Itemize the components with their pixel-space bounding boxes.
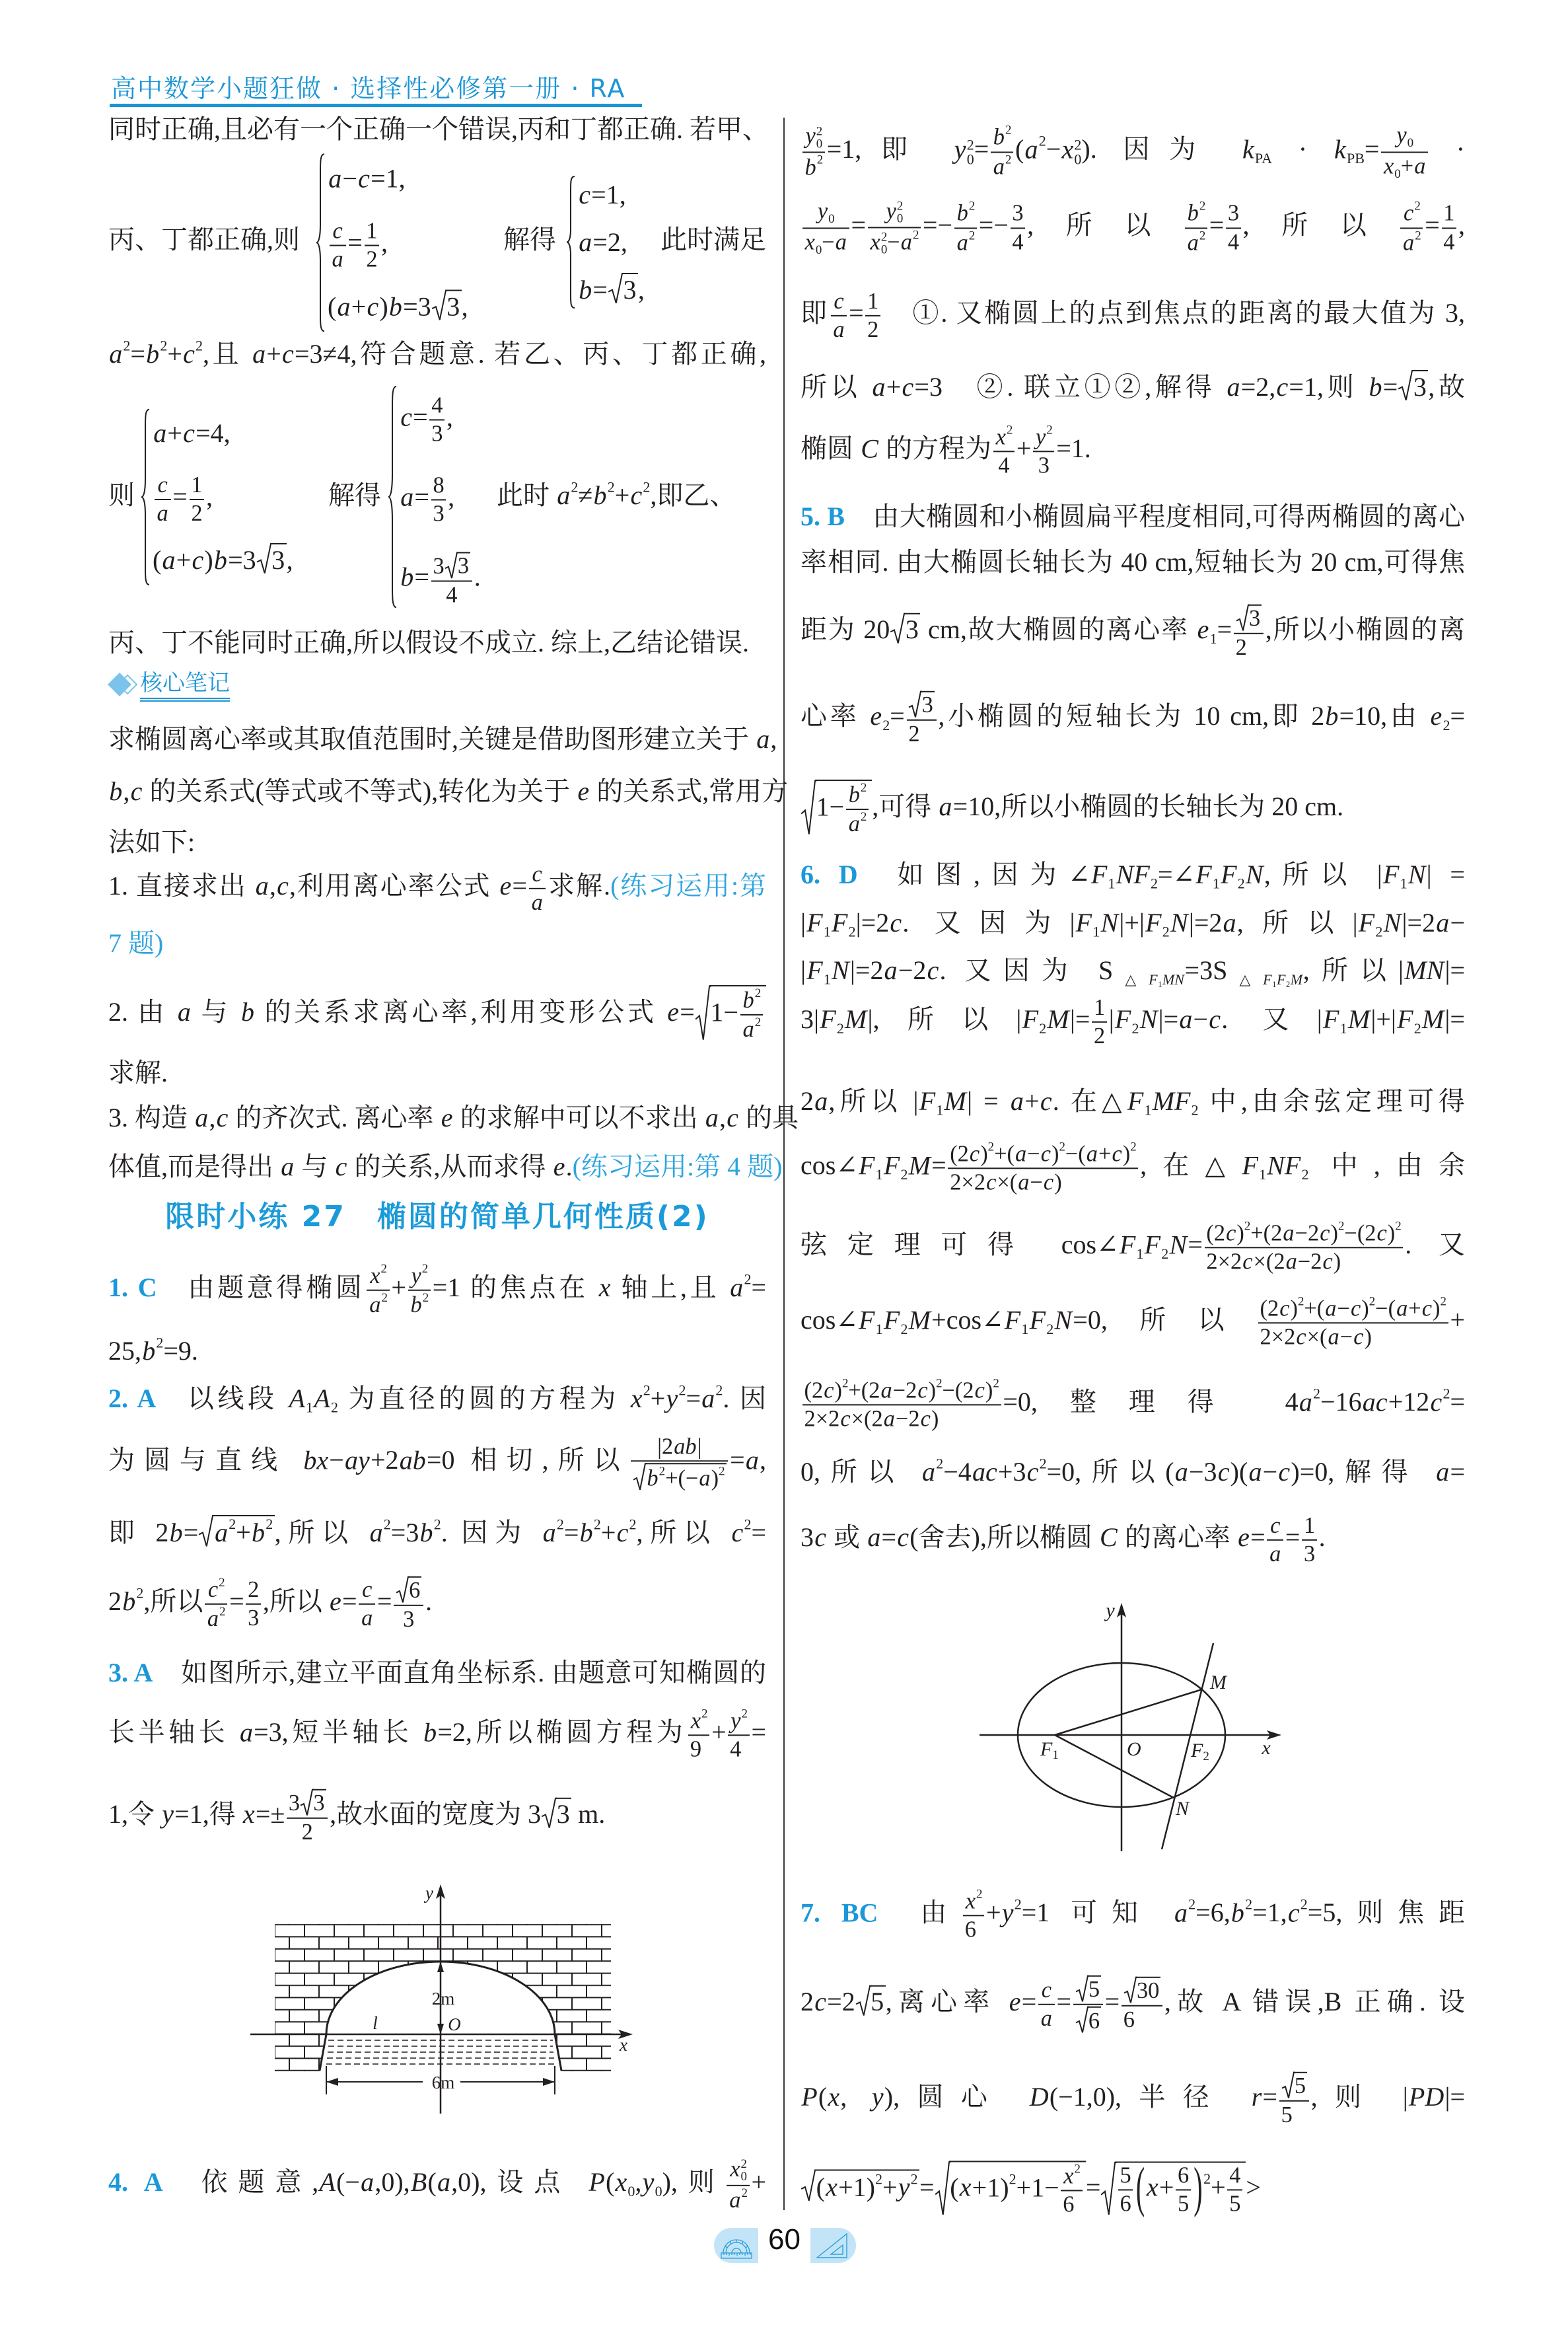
- text-run: 此时: [497, 480, 556, 510]
- math-variable: c: [357, 164, 371, 194]
- text-run: ·: [1430, 134, 1465, 164]
- core-notes-title: 核心笔记: [140, 670, 230, 702]
- denominator: a2: [727, 2185, 749, 2213]
- math-variable: F: [1127, 1086, 1145, 1116]
- text-run: =3S: [1185, 955, 1228, 985]
- text-run: ): [1331, 1220, 1338, 1245]
- math-variable: B: [410, 2167, 428, 2197]
- answer-line: 3c 或 a=c(舍去),所以椭圆 C 的离心率 e=ca=13.: [801, 1514, 1465, 1567]
- math-variable: a: [400, 482, 414, 512]
- subscript: 2: [837, 1020, 844, 1037]
- text-run: 弦定理可得 cos∠: [801, 1230, 1119, 1259]
- subscript: 2: [849, 924, 856, 940]
- radical-sign-icon: [1236, 605, 1249, 632]
- math-variable: c: [157, 472, 168, 498]
- text-run: =: [1057, 1987, 1072, 2016]
- numerator: 30: [1122, 1977, 1162, 2005]
- subscript: PA: [1255, 150, 1272, 166]
- text-run: 3: [446, 292, 460, 322]
- math-variable: x: [825, 2172, 838, 2202]
- answer-line: 2c=25,离心率 e=ca=56=306,故 A 错误,B 正确. 设: [801, 1975, 1465, 2034]
- fraction: 12: [865, 289, 880, 342]
- subscript: 2: [1375, 924, 1382, 940]
- answer-label: 6. D: [801, 860, 858, 889]
- math-variable: c: [926, 955, 939, 985]
- math-variable: ac: [972, 1457, 998, 1487]
- text-line: 此时 a2≠b2+c2,即乙、: [497, 477, 736, 514]
- square-root: 3: [300, 1789, 326, 1816]
- denominator: 2: [190, 499, 205, 526]
- curly-brace-icon: [388, 384, 397, 609]
- superscript: 2: [1046, 423, 1052, 437]
- math-variable: a: [556, 480, 571, 510]
- text-line: 则: [108, 477, 135, 514]
- denominator: a2: [205, 1604, 227, 1631]
- math-variable: y: [161, 1799, 174, 1829]
- text-run: ): [711, 1465, 719, 1491]
- subscript: 1: [1136, 1245, 1143, 1262]
- math-variable: a: [1328, 1325, 1340, 1350]
- square-root: 3: [1398, 370, 1428, 402]
- fraction: ca: [1038, 1978, 1055, 2031]
- math-variable: y: [817, 198, 828, 223]
- text-run: ): [1361, 1296, 1369, 1321]
- radicand: 6: [1087, 2007, 1101, 2034]
- math-variable: x: [870, 230, 881, 255]
- text-run: ): [1365, 1325, 1372, 1350]
- text-run: =1,即: [827, 134, 954, 164]
- text-run: 长半轴长: [108, 1717, 239, 1747]
- math-variable: c: [532, 862, 543, 887]
- math-variable: c: [731, 1518, 744, 1547]
- math-variable: c: [215, 1103, 229, 1132]
- math-variable: F: [1220, 860, 1238, 889]
- fraction: |2ab|b2+(−a)2: [631, 1434, 728, 1491]
- practice-reference-note: (练习运用:第 4 题): [573, 1152, 783, 1181]
- radicand: (x+1)2+y2: [815, 2170, 919, 2202]
- text-run: =: [1250, 1522, 1265, 1552]
- big-parenthesis: (: [1136, 2157, 1145, 2218]
- sub-superscript: 20: [897, 201, 903, 226]
- text-run: −: [329, 1445, 344, 1475]
- text-run: 2×2: [1206, 1249, 1242, 1274]
- text-run: 的方程为: [879, 433, 991, 463]
- math-variable: b: [213, 545, 228, 575]
- math-variable: F: [1028, 1305, 1046, 1335]
- math-variable: a: [701, 1384, 715, 1413]
- text-run: =0 相切,所以: [427, 1445, 629, 1475]
- answer-line: y0x0−a=y20x20−a2=−b2a2=−34,所以b2a2=34,所以c…: [801, 199, 1465, 256]
- fraction: c2a2: [205, 1577, 227, 1631]
- superscript: 2: [1369, 1294, 1375, 1308]
- numerator: 1: [1302, 1514, 1317, 1539]
- text-run: +(2: [848, 1378, 880, 1403]
- text-run: +: [1211, 2172, 1226, 2202]
- numerator: 3: [1226, 202, 1241, 227]
- text-run: 2: [1236, 635, 1247, 660]
- text-run: 2: [366, 246, 377, 272]
- math-variable: c: [1275, 372, 1289, 402]
- radical-sign-icon: [633, 1463, 646, 1491]
- answer-line: 1,令 y=1,得 x=±332,故水面的宽度为 33 m.: [108, 1789, 766, 1845]
- text-run: 3: [1413, 372, 1427, 402]
- math-variable: e: [329, 1586, 342, 1616]
- sub-superscript: 20: [741, 2159, 747, 2184]
- text-run: +: [651, 1384, 666, 1413]
- radical-sign-icon: [908, 691, 921, 718]
- math-variable: F: [1358, 908, 1376, 938]
- math-variable: a: [207, 1606, 219, 1631]
- text-run: =: [1217, 614, 1232, 644]
- answer-line: 即 2b=a2+b2,所以 a2=3b2. 因为 a2=b2+c2,所以 c2=: [108, 1514, 766, 1551]
- text-run: 4: [1228, 229, 1239, 254]
- numerator: 5: [1118, 2164, 1133, 2190]
- math-variable: c: [1319, 1220, 1330, 1245]
- text-run: ): [1051, 1141, 1059, 1166]
- text-run: 3: [458, 554, 469, 579]
- text-run: ,: [840, 2082, 871, 2112]
- diamond-bullet-icon: [106, 671, 139, 698]
- text-run: 或: [827, 1522, 867, 1552]
- answer-line: 0,所以 a2−4ac+3c2=0,所以(a−3c)(a−c)=0,解得 a=: [801, 1454, 1465, 1491]
- math-variable: a: [1024, 134, 1038, 164]
- math-variable: c: [281, 339, 295, 369]
- text-run: +(: [994, 1141, 1015, 1166]
- math-variable: y: [898, 2172, 911, 2202]
- numerator: x2: [963, 1888, 984, 1915]
- numerator: (2c)2+(a−c)2−(a+c)2: [1258, 1296, 1448, 1322]
- subscript: 2: [1414, 1020, 1421, 1037]
- superscript: 2: [1443, 1385, 1450, 1401]
- y-axis-arrow-icon: [436, 1884, 445, 1899]
- text-run: |=: [1444, 2082, 1465, 2112]
- math-variable: c: [334, 1152, 347, 1181]
- text-run: (舍去),所以椭圆: [909, 1522, 1099, 1552]
- text-run: −2: [1295, 1220, 1320, 1245]
- math-variable: c: [889, 908, 902, 938]
- math-variable: a: [1402, 230, 1415, 255]
- subscript: 2: [1046, 1321, 1053, 1337]
- text-run: =0,所以: [1073, 1305, 1256, 1335]
- segment-f1-m: [1055, 1689, 1202, 1735]
- math-variable: c: [629, 480, 643, 510]
- radicand: 3: [904, 613, 920, 645]
- subscript: 0: [1408, 136, 1413, 150]
- text-run: =1,: [371, 164, 406, 194]
- note-line: 体值,而是得出 a 与 c 的关系,从而求得 e.(练习运用:第 4 题): [108, 1148, 766, 1185]
- fraction: 332: [287, 1789, 328, 1845]
- text-run: 则: [108, 480, 135, 510]
- text-run: ×(2: [851, 1407, 883, 1432]
- radicand: 3: [622, 273, 638, 305]
- height-arrow-up-icon: [437, 1962, 444, 1972]
- equation-system: a−c=1,ca=12,(a+c)b=33,: [316, 147, 468, 339]
- text-run: m.: [571, 1799, 605, 1829]
- numerator: c: [359, 1578, 374, 1604]
- math-variable: M: [908, 1150, 931, 1180]
- fraction: 32: [907, 691, 937, 747]
- text-run: =: [680, 997, 695, 1027]
- math-variable: a: [832, 317, 845, 342]
- math-variable: a: [814, 1086, 828, 1116]
- equation-system-block: a+c=4,ca=12,(a+c)b=33,: [141, 402, 293, 592]
- fraction: b2a2: [740, 988, 763, 1042]
- tunnel-opening: [320, 1962, 561, 2072]
- text-run: +(2: [1250, 1220, 1282, 1245]
- subscript: 1: [1145, 1102, 1152, 1119]
- fraction: 12: [365, 219, 380, 272]
- text-run: +: [1401, 153, 1413, 178]
- math-variable: c: [1353, 1325, 1364, 1350]
- text-run: =: [730, 1445, 745, 1475]
- text-run: 与: [295, 1152, 334, 1181]
- superscript: 2: [136, 1585, 143, 1602]
- fraction: 56: [1073, 1975, 1103, 2034]
- math-variable: F: [1396, 1004, 1414, 1034]
- text-run: 5: [1088, 1977, 1100, 2002]
- numerator: x2: [688, 1708, 709, 1734]
- answer-line: 1. C由题意得椭圆x2a2+y2b2=1 的焦点在 x 轴上,且 a2=: [108, 1263, 766, 1317]
- math-variable: c: [1269, 1513, 1281, 1538]
- text-run: =2,: [592, 227, 627, 257]
- answer-line: 弦定理可得 cos∠F1F2N=(2c)2+(2a−2c)2−(2c)22×2c…: [801, 1220, 1465, 1274]
- practice-reference-note: (练习运用:第: [610, 871, 766, 901]
- text-run: +cos∠: [931, 1305, 1003, 1335]
- fraction: x26: [963, 1888, 984, 1942]
- numerator: 3: [907, 691, 937, 720]
- superscript: 2: [861, 810, 867, 824]
- text-run: −: [887, 230, 900, 255]
- text-run: −: [822, 229, 834, 254]
- text-run: 3: [403, 1607, 414, 1632]
- math-variable: F: [1145, 908, 1162, 938]
- math-variable: c: [917, 1378, 928, 1403]
- superscript: 2: [219, 1576, 225, 1590]
- text-run: =: [414, 562, 429, 592]
- fraction: 45: [1227, 2164, 1242, 2217]
- superscript: 2: [911, 2170, 918, 2187]
- denominator: 2: [907, 720, 937, 747]
- math-variable: a: [1222, 908, 1236, 938]
- curly-brace-icon: [566, 175, 575, 309]
- text-run: 6: [965, 1917, 976, 1942]
- text-run: |,所以|: [868, 1004, 1022, 1034]
- square-root: 6: [1075, 2007, 1102, 2034]
- system-row: (a+c)b=33,: [153, 529, 293, 592]
- radical-sign-icon: [396, 1576, 409, 1604]
- denominator: b2: [408, 1290, 431, 1317]
- text-run: −: [1337, 1296, 1350, 1321]
- math-variable: b: [646, 1465, 659, 1491]
- text-run: 由大椭圆和小椭圆扁平程度相同,可得两椭圆的离心: [873, 501, 1465, 531]
- numerator: 1: [1092, 996, 1107, 1021]
- text-run: +: [882, 2172, 898, 2202]
- subscript: 1: [824, 924, 831, 940]
- math-variable: N: [1170, 908, 1189, 938]
- text-run: ,: [287, 545, 293, 575]
- math-variable: c: [366, 292, 379, 322]
- text-run: 1−: [816, 792, 845, 821]
- text-run: ,: [719, 1103, 726, 1132]
- denominator: x0+a: [1381, 151, 1428, 181]
- answer-line: 1−b2a2,可得 a=10,所以小椭圆的长轴长为 20 cm.: [801, 780, 1465, 836]
- square-root: 3: [541, 1798, 571, 1829]
- text-run: +: [751, 2167, 766, 2197]
- numerator: 6: [1176, 2164, 1191, 2190]
- text-run: 3|: [801, 1004, 819, 1034]
- text-run: 6: [1120, 2192, 1131, 2217]
- text-run: ,所以: [263, 1586, 329, 1616]
- superscript: 2: [755, 1015, 761, 1029]
- text-run: (2: [950, 1141, 969, 1166]
- text-run: |: [801, 908, 806, 938]
- math-variable: a: [336, 292, 351, 322]
- text-run: ≠: [578, 480, 592, 510]
- text-run: . 因: [723, 1384, 766, 1413]
- text-run: ,离心率: [886, 1987, 1009, 2016]
- denominator: 3: [394, 1605, 423, 1632]
- text-run: 此时满足: [660, 225, 766, 254]
- focus-letter: F: [1190, 1740, 1203, 1761]
- math-variable: a: [1396, 1296, 1408, 1321]
- numerator: c: [155, 473, 170, 499]
- text-run: 1,令: [108, 1799, 161, 1829]
- x-axis-arrow-icon: [618, 2030, 633, 2039]
- math-variable: c: [896, 1522, 909, 1552]
- answer-label: 1. C: [108, 1273, 157, 1302]
- text-run: 的求解中可以不求出: [454, 1103, 705, 1132]
- math-variable: b: [122, 1586, 136, 1616]
- math-variable: F: [819, 1004, 837, 1034]
- math-variable: y: [804, 124, 816, 149]
- text-run: −: [342, 164, 357, 194]
- math-variable: c: [1040, 1086, 1053, 1116]
- math-variable: a: [742, 1017, 754, 1042]
- width-arrow-left-icon: [326, 2078, 338, 2086]
- note-line: 7 题): [108, 925, 766, 962]
- text-run: =10,所以小椭圆的长轴长为 20 cm.: [953, 792, 1343, 821]
- math-variable: a: [756, 724, 770, 754]
- radical-sign-icon: [801, 780, 816, 836]
- math-variable: a: [1040, 2006, 1053, 2031]
- superscript: 2: [422, 1262, 428, 1276]
- text-run: 与: [192, 997, 240, 1027]
- math-variable: b: [592, 480, 607, 510]
- math-variable: x: [1061, 134, 1074, 164]
- math-variable: c: [1041, 1977, 1052, 2003]
- text-run: 5: [1229, 2192, 1240, 2217]
- math-variable: x: [242, 1799, 256, 1829]
- numerator: b2: [846, 782, 869, 809]
- text-run: +1−: [1016, 2172, 1059, 2202]
- subscript: 2: [1302, 1166, 1309, 1183]
- text-run: 丙、丁不能同时正确,所以假设不成立. 综上,乙结论错误.: [108, 628, 749, 657]
- answer-line: 椭圆 C 的方程为x24+y23=1.: [801, 424, 1465, 478]
- superscript: 2: [1245, 1896, 1252, 1912]
- math-variable: a: [900, 230, 913, 255]
- answer-label: 2. A: [108, 1384, 156, 1413]
- text-run: 为直径的圆的方程为: [338, 1384, 630, 1413]
- text-line: 解得: [503, 221, 556, 258]
- radicand: 1−b2a2: [709, 985, 766, 1042]
- text-run: 2×2: [1260, 1325, 1296, 1350]
- system-row: c=1,: [578, 171, 645, 219]
- denominator: a: [1038, 2004, 1055, 2031]
- superscript: 2: [608, 478, 615, 495]
- text-run: ,0),设点: [451, 2167, 588, 2197]
- superscript: 2: [1298, 1294, 1304, 1308]
- superscript: 2: [1199, 200, 1205, 213]
- text-run: 的具: [739, 1103, 799, 1132]
- text-run: 3: [801, 1522, 814, 1552]
- text-line: a2=b2+c2,且 a+c=3≠4,符合题意. 若乙、丙、丁都正确,: [108, 336, 766, 373]
- superscript: 2: [817, 153, 823, 167]
- superscript: 2: [976, 1887, 982, 1901]
- math-variable: e: [1009, 1987, 1022, 2016]
- text-run: 5: [1178, 2192, 1189, 2217]
- textbook-page: 高中数学小题狂做 · 选择性必修第一册 · RA 同时正确,且必有一个正确一个错…: [0, 0, 1568, 2325]
- equation-system: c=1,a=2,b=3,: [566, 171, 645, 314]
- superscript: 2: [875, 2170, 882, 2187]
- denominator: a: [155, 499, 171, 526]
- superscript: 2: [423, 1291, 429, 1305]
- text-run: (2: [1206, 1220, 1225, 1245]
- radicand: 3: [1412, 370, 1428, 402]
- numerator: c: [1039, 1978, 1054, 2004]
- superscript: 2: [744, 1516, 751, 1532]
- fraction: (2c)2+(2a−2c)2−(2c)22×2c×(2a−2c): [1205, 1220, 1404, 1274]
- x-axis-label: x: [1261, 1737, 1271, 1759]
- math-variable: e: [666, 997, 680, 1027]
- system-row: ca=12,: [153, 465, 293, 529]
- text-run: +(−: [665, 1465, 698, 1491]
- superscript: 2: [1130, 1140, 1136, 1154]
- numerator: 1: [190, 473, 205, 499]
- math-variable: a: [1248, 1457, 1262, 1487]
- text-run: ,则 |: [1311, 2082, 1408, 2112]
- system-row: a+c=4,: [153, 402, 293, 465]
- system-row: a−c=1,: [328, 147, 468, 211]
- denominator: a2: [954, 227, 977, 255]
- fraction: y0x0−a: [802, 199, 849, 256]
- fraction: y20x20−a2: [868, 199, 921, 256]
- text-run: +: [1016, 433, 1032, 463]
- fraction: x20a2: [727, 2157, 749, 2213]
- text-run: 3: [271, 545, 285, 575]
- answer-line: 3|F2M|,所以|F2M|=12|F2N|=a−c. 又|F1M|+|F2M|…: [801, 996, 1465, 1049]
- fraction: c2a2: [1400, 201, 1423, 255]
- text-run: =3: [391, 1518, 419, 1547]
- text-run: −(2: [943, 1378, 974, 1403]
- text-run: 2: [1094, 1023, 1105, 1049]
- superscript: 2: [381, 1262, 387, 1276]
- math-variable: x: [959, 2172, 972, 2202]
- subscript: 0: [655, 2183, 662, 2199]
- text-line: 此时满足: [660, 221, 766, 258]
- superscript: 2: [742, 1707, 748, 1720]
- text-run: =: [1450, 701, 1465, 731]
- fraction: 23: [246, 1578, 261, 1631]
- subscript: 1: [1021, 1321, 1028, 1337]
- subscript: 2: [900, 1166, 908, 1183]
- math-variable: k: [1334, 134, 1347, 164]
- text-run: 的关系式(等式或不等式),转化为关于: [143, 776, 577, 806]
- text-run: =1 的焦点在: [433, 1273, 598, 1302]
- math-variable: P: [588, 2167, 606, 2197]
- radical-sign-icon: [445, 552, 458, 579]
- math-variable: c: [1242, 1249, 1253, 1274]
- superscript: 2: [1414, 200, 1420, 213]
